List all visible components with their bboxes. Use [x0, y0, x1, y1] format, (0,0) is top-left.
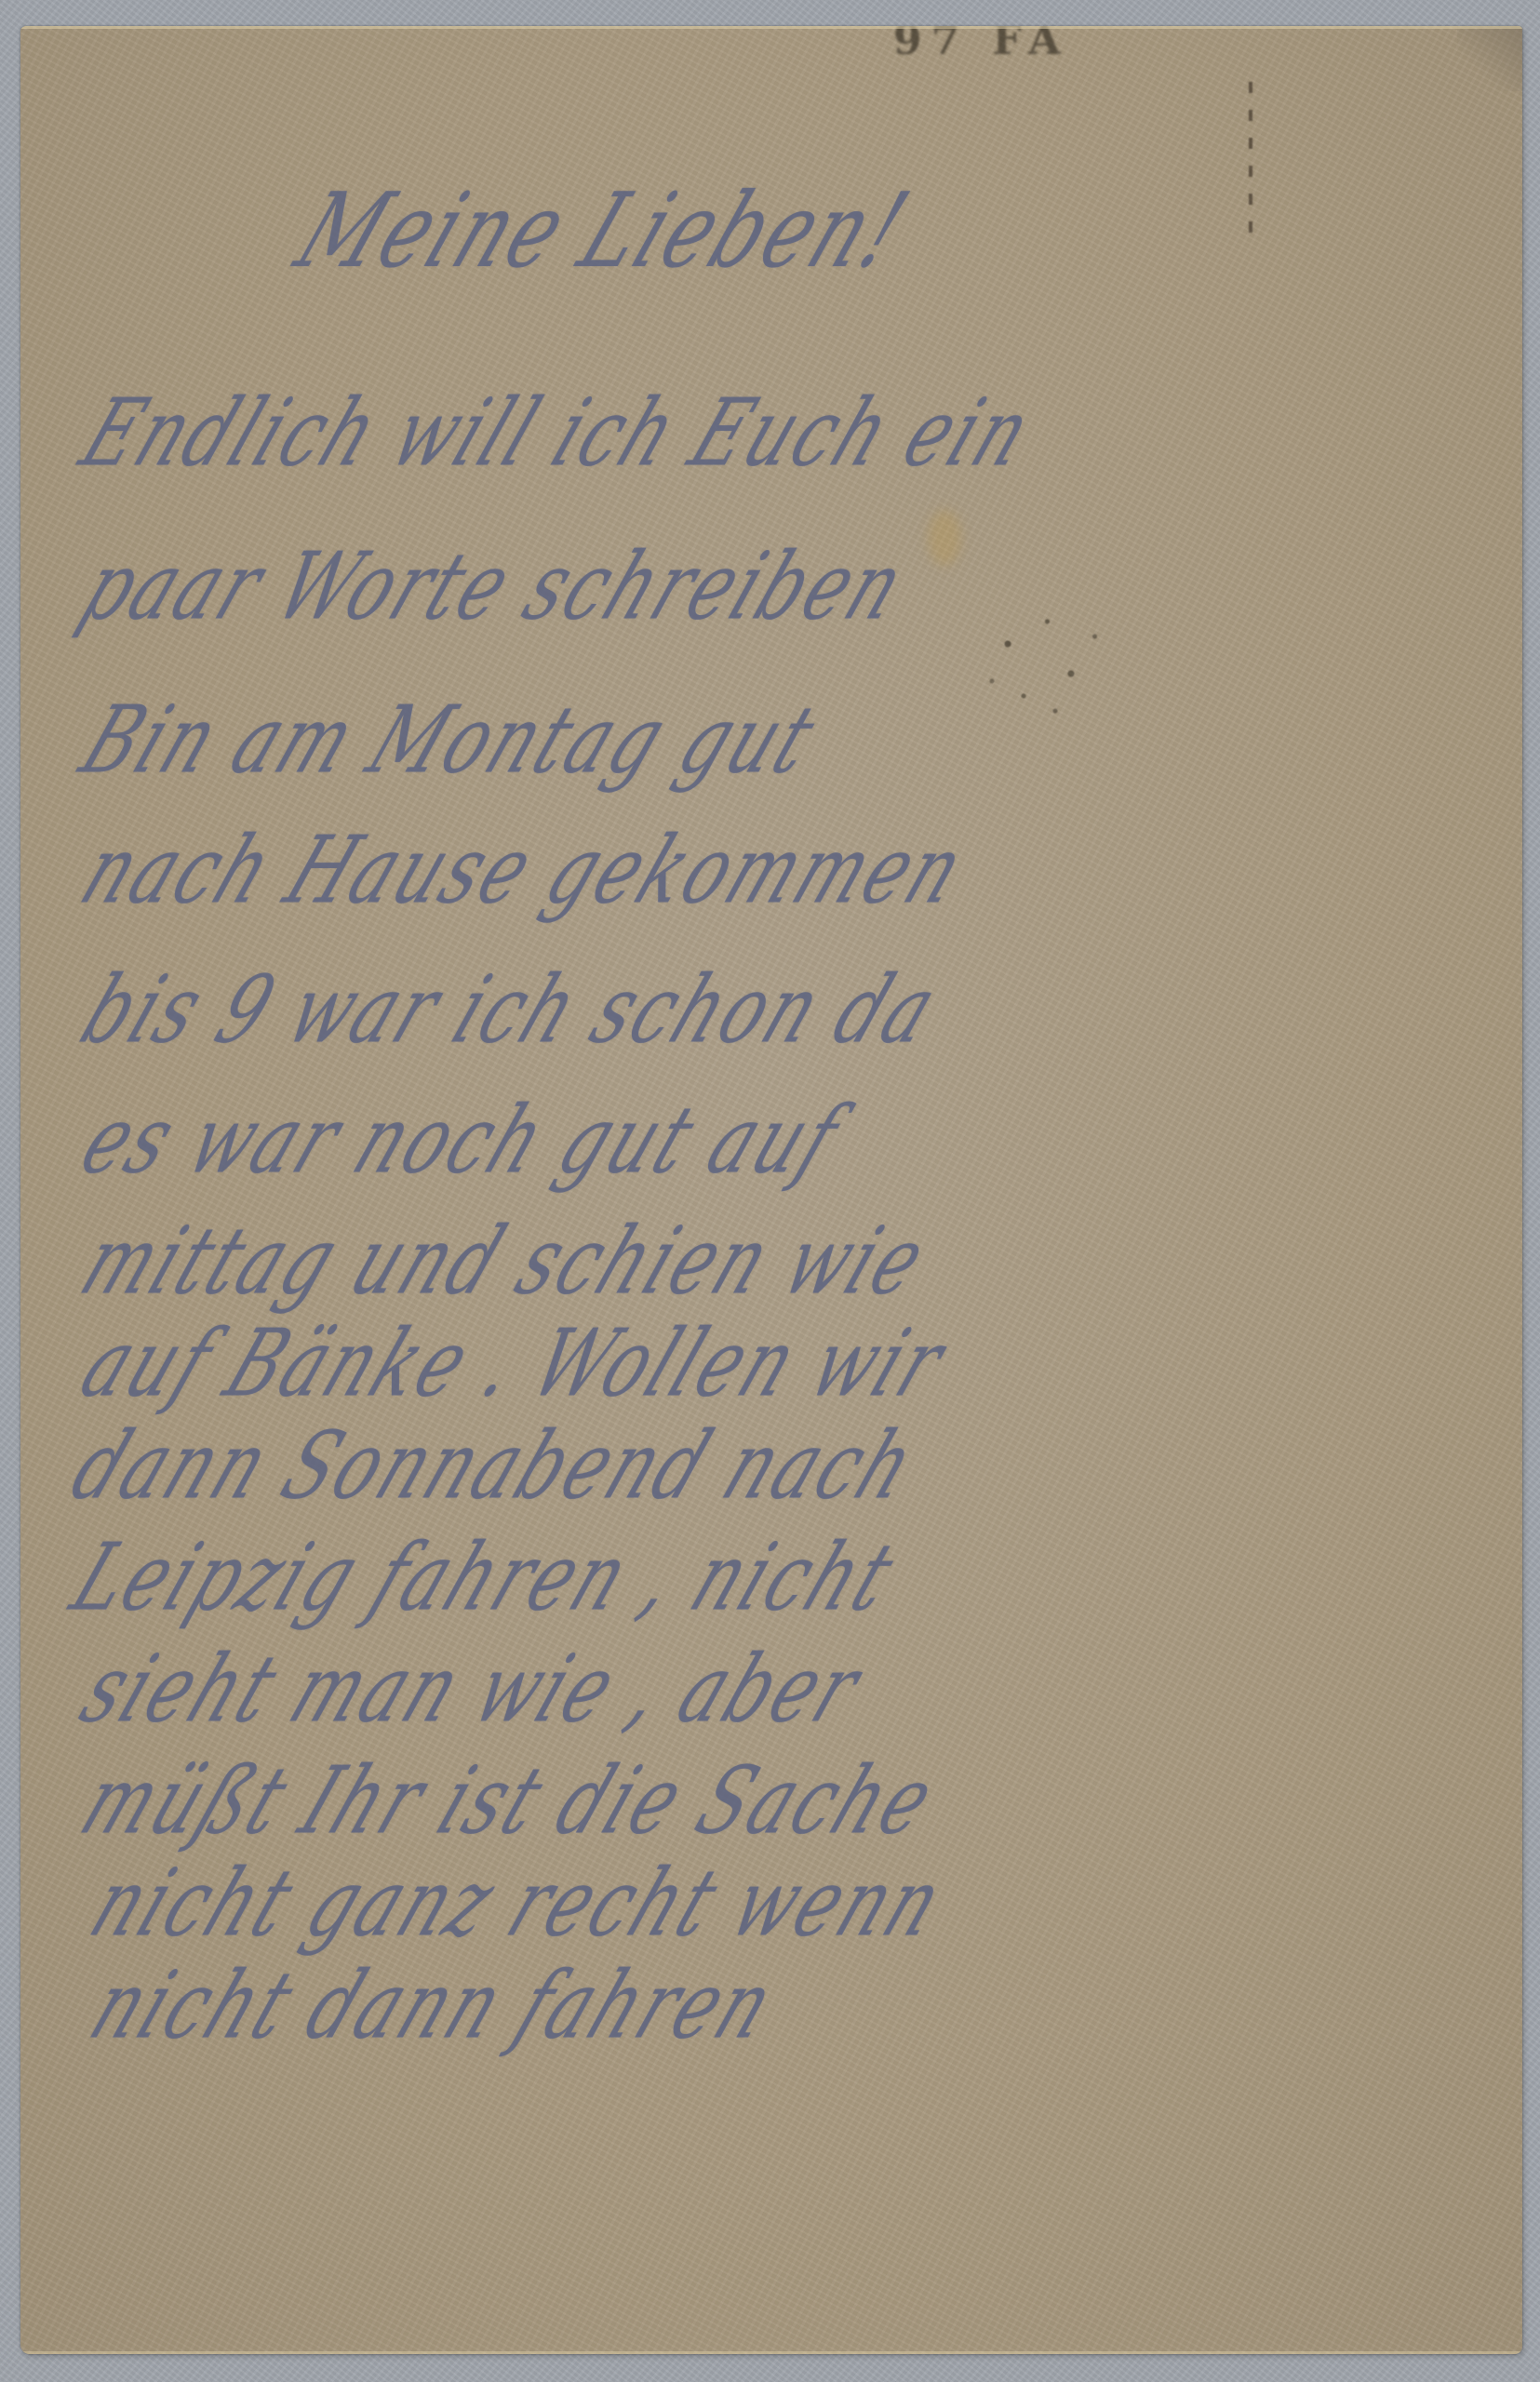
letter-line: nicht dann fahren [76, 1952, 791, 2060]
letter-line: nicht ganz recht wenn [76, 1850, 959, 1958]
letter-line: es war noch gut auf [67, 1087, 856, 1195]
letter-line: mittag und schien wie [67, 1208, 943, 1316]
letter-line: auf Bänke . Wollen wir [67, 1310, 961, 1418]
letter-line: paar Worte schreiben [67, 533, 921, 641]
letter-salutation: Meine Lieben! [281, 172, 926, 291]
letter-line: Bin am Montag gut [67, 687, 832, 795]
handwritten-letter: Meine Lieben! Endlich will ich Euch ein … [20, 26, 1522, 2354]
letter-line: nach Hause gekommen [67, 817, 981, 925]
letter-line: müßt Ihr ist die Sache [67, 1747, 951, 1855]
letter-line: dann Sonnabend nach [58, 1412, 932, 1520]
letter-line: bis 9 war ich schon da [67, 957, 954, 1064]
letter-line: Leipzig fahren , nicht [58, 1524, 911, 1632]
letter-line: sieht man wie , aber [67, 1636, 877, 1744]
letter-line: Endlich will ich Euch ein [67, 380, 1049, 488]
postcard: 97 FA Meine Lieben! Endlich will ich Euc… [20, 26, 1522, 2354]
